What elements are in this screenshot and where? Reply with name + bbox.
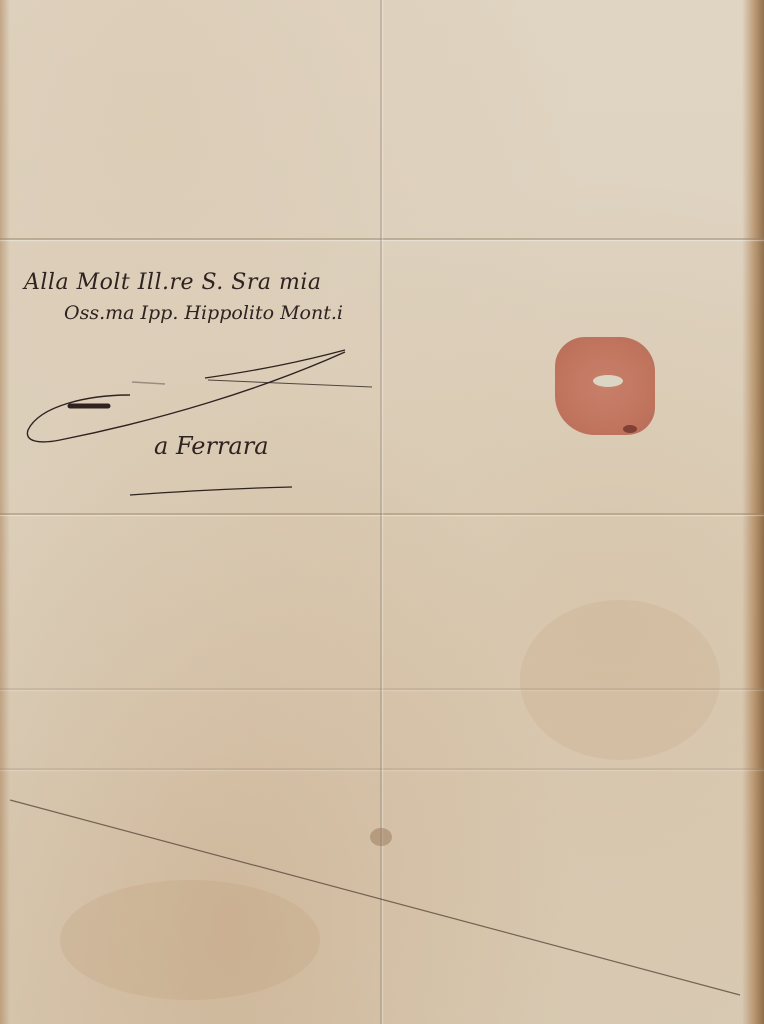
letter-sheet: Alla Molt Ill.re S. Sra mia Oss.ma Ipp. … [0, 0, 764, 1024]
address-line-1: Alla Molt Ill.re S. Sra mia [24, 270, 321, 295]
paper-edge-right [742, 0, 764, 1024]
wax-seal [555, 337, 655, 435]
fold-line [0, 513, 764, 515]
fold-line [0, 238, 764, 240]
fold-line [0, 768, 764, 770]
seal-drip [623, 425, 637, 433]
seal-wear-mark [593, 375, 623, 387]
stain [370, 828, 392, 846]
address-line-2: Oss.ma Ipp. Hippolito Mont.i [64, 302, 343, 324]
ink-strokes [0, 0, 764, 1024]
paper-edge-left [0, 0, 10, 1024]
stain [520, 600, 720, 760]
stain [60, 880, 320, 1000]
fold-line [380, 0, 382, 1024]
address-place: a Ferrara [154, 432, 269, 460]
